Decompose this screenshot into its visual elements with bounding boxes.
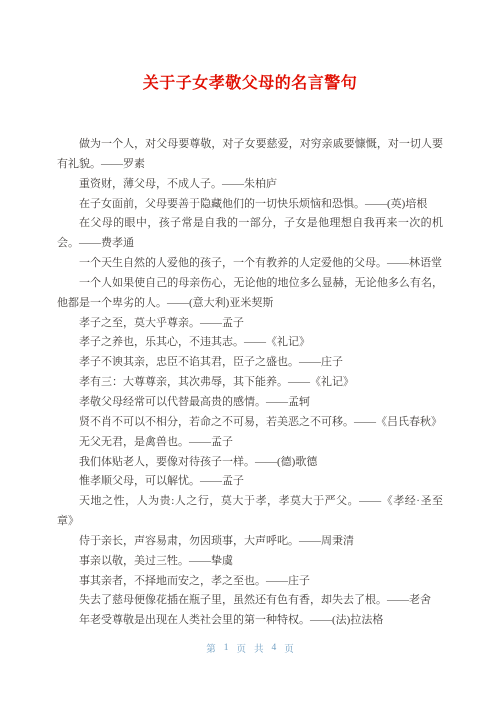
quote-paragraph: 做为一个人，对父母要尊敬，对子女要慈爱，对穷亲戚要慷慨，对一切人要有礼貌。——罗… <box>57 135 443 175</box>
footer-label-page: 页 <box>236 641 246 655</box>
document-page: 关于子女孝敬父母的名言警句 做为一个人，对父母要尊敬，对子女要慈爱，对穷亲戚要慷… <box>0 0 500 707</box>
total-pages-number: 4 <box>272 643 277 653</box>
footer-label-of: 共 <box>254 641 264 655</box>
quote-paragraph: 一个天生自然的人爱他的孩子，一个有教养的人定爱他的父母。——林语堂 <box>57 254 443 274</box>
quote-paragraph: 孝子之养也，乐其心，不违其志。——《礼记》 <box>57 333 443 353</box>
quote-paragraph: 事其亲者，不择地而安之，孝之至也。——庄子 <box>57 572 443 592</box>
page-footer: 第 1 页 共 4 页 <box>0 641 500 655</box>
quote-paragraph: 年老受尊敬是出现在人类社会里的第一种特权。——(法)拉法格 <box>57 611 443 631</box>
page-title: 关于子女孝敬父母的名言警句 <box>0 70 500 93</box>
quote-paragraph: 一个人如果使自己的母亲伤心，无论他的地位多么显赫，无论他多么有名，他都是一个卑劣… <box>57 274 443 314</box>
footer-label-pages: 页 <box>284 641 294 655</box>
quote-paragraph: 我们体贴老人，要像对待孩子一样。——(德)歌德 <box>57 453 443 473</box>
quote-paragraph: 孝敬父母经常可以代替最高贵的感情。——孟轲 <box>57 393 443 413</box>
quote-paragraph: 失去了慈母便像花插在瓶子里，虽然还有色有香，却失去了根。——老舍 <box>57 591 443 611</box>
quote-paragraph: 惟孝顺父母，可以解忧。——孟子 <box>57 472 443 492</box>
quote-paragraph: 天地之性，人为贵:人之行，莫大于孝，孝莫大于严父。——《孝经·圣至章》 <box>57 492 443 532</box>
quote-paragraph: 孝子之至，莫大乎尊亲。——孟子 <box>57 314 443 334</box>
quote-paragraph: 在子女面前，父母要善于隐藏他们的一切快乐烦恼和恐惧。——(英)培根 <box>57 195 443 215</box>
quote-paragraph: 孝有三：大尊尊亲，其次弗辱，其下能养。——《礼记》 <box>57 373 443 393</box>
quote-paragraph: 无父无君，是禽兽也。——孟子 <box>57 433 443 453</box>
quote-paragraph: 侍于亲长，声容易肃，勿因琐事，大声呼叱。——周秉清 <box>57 532 443 552</box>
quote-paragraph: 贤不肖不可以不相分，若命之不可易，若美恶之不可移。——《吕氏春秋》 <box>57 413 443 433</box>
current-page-number: 1 <box>224 643 229 653</box>
quotes-list: 做为一个人，对父母要尊敬，对子女要慈爱，对穷亲戚要慷慨，对一切人要有礼貌。——罗… <box>57 135 443 631</box>
quote-paragraph: 孝子不谀其亲，忠臣不谄其君，臣子之盛也。——庄子 <box>57 353 443 373</box>
quote-paragraph: 在父母的眼中，孩子常是自我的一部分，子女是他理想自我再来一次的机会。——费孝通 <box>57 214 443 254</box>
quote-paragraph: 事亲以敬，美过三牲。——挚虞 <box>57 552 443 572</box>
quote-paragraph: 重资财，薄父母，不成人子。——朱柏庐 <box>57 175 443 195</box>
footer-label-prefix: 第 <box>206 641 216 655</box>
